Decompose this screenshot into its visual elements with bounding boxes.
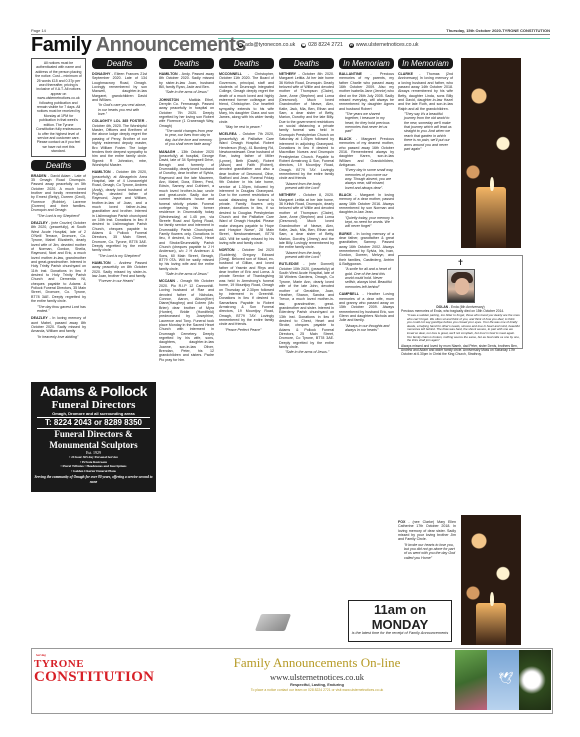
- notice-entry: MCCONNELL - Christopher, October 11th 20…: [219, 72, 274, 129]
- deaths-header: Deaths: [31, 160, 86, 171]
- globe-icon: W: [349, 43, 354, 48]
- in-memoriam-header: In Memoriam: [339, 58, 394, 69]
- deadline-box: 11am on MONDAY is the latest time for th…: [348, 600, 452, 642]
- notice-entry: BURKE - In loving memory of a dear fathe…: [339, 232, 394, 289]
- notice-entry: COLAGHTY LOL 385 FOSTER - October 4th, 2…: [92, 119, 147, 167]
- page-title: Family Announcements: [31, 34, 246, 56]
- dove-photo: 🕊: [487, 650, 519, 710]
- column-2: Deaths DONAGHY - Eileen Frances 21st Sep…: [92, 58, 147, 287]
- fox-notice: FOX - (nee Clarke) Mary Ellen Catherine …: [398, 520, 456, 563]
- notice-entry: NETHERY - October 8th 2020. Margaret Let…: [279, 72, 334, 190]
- deaths-header: Deaths: [279, 58, 334, 69]
- notice-entry: DONAGHY - Eileen Frances 21st September …: [92, 72, 147, 116]
- notice-entry: CAMPBELL - Heather Loving memories of a …: [339, 292, 394, 332]
- notice-entry: HAMILTON - Andy. Passed away 8th October…: [159, 72, 214, 95]
- adams-pollock-ad: Adams & Pollock Funeral Directors Omagh,…: [31, 382, 156, 492]
- notice-entry: HAMILTON - Andrew Passed away peacefully…: [92, 261, 147, 284]
- lily-photo: [519, 650, 551, 710]
- embrace-photo: [455, 650, 487, 710]
- envelope-icon: ✉: [238, 43, 243, 48]
- cross-icon: ✝: [401, 258, 520, 267]
- column-5: Deaths NETHERY - October 8th 2020. Marga…: [279, 58, 334, 358]
- date-line: Thursday, 15th October 2020-TYRONE CONST…: [446, 28, 550, 33]
- footer-advert[interactable]: Serving TYRONE CONSTITUTION Family Annou…: [31, 648, 553, 714]
- contact-phone[interactable]: ☎028 8224 2721: [301, 42, 343, 48]
- notice-entry: JOHNSTON - Matilda Ethel, Derrylin Co. F…: [159, 98, 214, 147]
- contact-website[interactable]: Wwww.ulsternetnotices.co.uk: [349, 42, 419, 48]
- portrait-photo: [447, 269, 475, 303]
- tyrone-constitution-logo: Serving TYRONE CONSTITUTION: [34, 659, 159, 699]
- notice-entry: BALLANTINE - Precious memories of my par…: [339, 72, 394, 134]
- green-rule: [218, 38, 550, 39]
- notice-entry: BRADEN - David Adam - Late of 35 Omagh R…: [31, 174, 86, 218]
- notice-entry: NORTON - October 3rd 2020 (Suddenly) Gre…: [219, 248, 274, 332]
- dolan-anniversary-box: ✝ DOLAN - Enda (6th Anniversary) Preciou…: [398, 255, 523, 349]
- title-word-announcements: Announcements: [96, 34, 246, 56]
- in-memoriam-header: In Memoriam: [398, 58, 453, 69]
- deaths-header: Deaths: [159, 58, 214, 69]
- newspaper-page: Page 14 Thursday, 15th October 2020-TYRO…: [28, 0, 550, 737]
- online-notices-promo: Family Announcements On-line www.ulstern…: [192, 655, 442, 693]
- phone-icon: ☎: [301, 43, 306, 48]
- promo-image-strip: 🕊: [455, 650, 551, 710]
- notice-entry: CLARKE - Thomas (2nd Anniversary) In lov…: [398, 72, 453, 151]
- notice-entry: DEAZLEY - (née Crozier) October 8th 2020…: [31, 221, 86, 313]
- notice-entry: MCELREA - October 7th 2020, (peacefully)…: [219, 132, 274, 245]
- contact-email[interactable]: ✉ads@tyronecon.co.uk: [238, 42, 295, 48]
- notice-terms-box: All notices must be authenticated with n…: [31, 58, 86, 157]
- column-1: All notices must be authenticated with n…: [31, 58, 86, 342]
- notice-entry: MCCANN - Omagh 9th October 2020. Pio R.I…: [159, 279, 214, 362]
- deaths-header: Deaths: [219, 58, 274, 69]
- page-number: Page 14: [31, 28, 46, 33]
- column-7: In Memoriam CLARKE - Thomas (2nd Anniver…: [398, 58, 453, 154]
- notice-entry: DEAZLEY - In loving memory of aunt Mabel…: [31, 316, 86, 339]
- website-link[interactable]: www.ulsternetnotices.co.uk: [192, 672, 442, 683]
- notice-entry: NETHERY - October 8, 2020. Margaret Leti…: [279, 193, 334, 259]
- deaths-header: Deaths: [92, 58, 147, 69]
- notice-entry: BLACK - Margaret In loving memory of a d…: [339, 193, 394, 229]
- bible-icon: [255, 614, 291, 631]
- contact-bar: ✉ads@tyronecon.co.uk ☎028 8224 2721 Wwww…: [238, 42, 418, 48]
- notice-entry: MANAGH - 13th October 2020 (peacefully) …: [159, 150, 214, 277]
- column-6: In Memoriam BALLANTINE - Precious memori…: [339, 58, 394, 335]
- candle-photo-2: [461, 515, 521, 645]
- title-word-family: Family: [31, 34, 91, 56]
- candle-photo: [461, 58, 521, 248]
- notice-entry: RUTLEDGE - (née Donnell) October 10th 20…: [279, 262, 334, 354]
- notice-entry: HAMILTON - October 8th 2020, (peacefully…: [92, 170, 147, 258]
- column-4: Deaths MCCONNELL - Christopher, October …: [219, 58, 274, 335]
- notice-entry: BLACK - Margaret Precious memories of my…: [339, 137, 394, 190]
- column-3: Deaths HAMILTON - Andy. Passed away 8th …: [159, 58, 214, 365]
